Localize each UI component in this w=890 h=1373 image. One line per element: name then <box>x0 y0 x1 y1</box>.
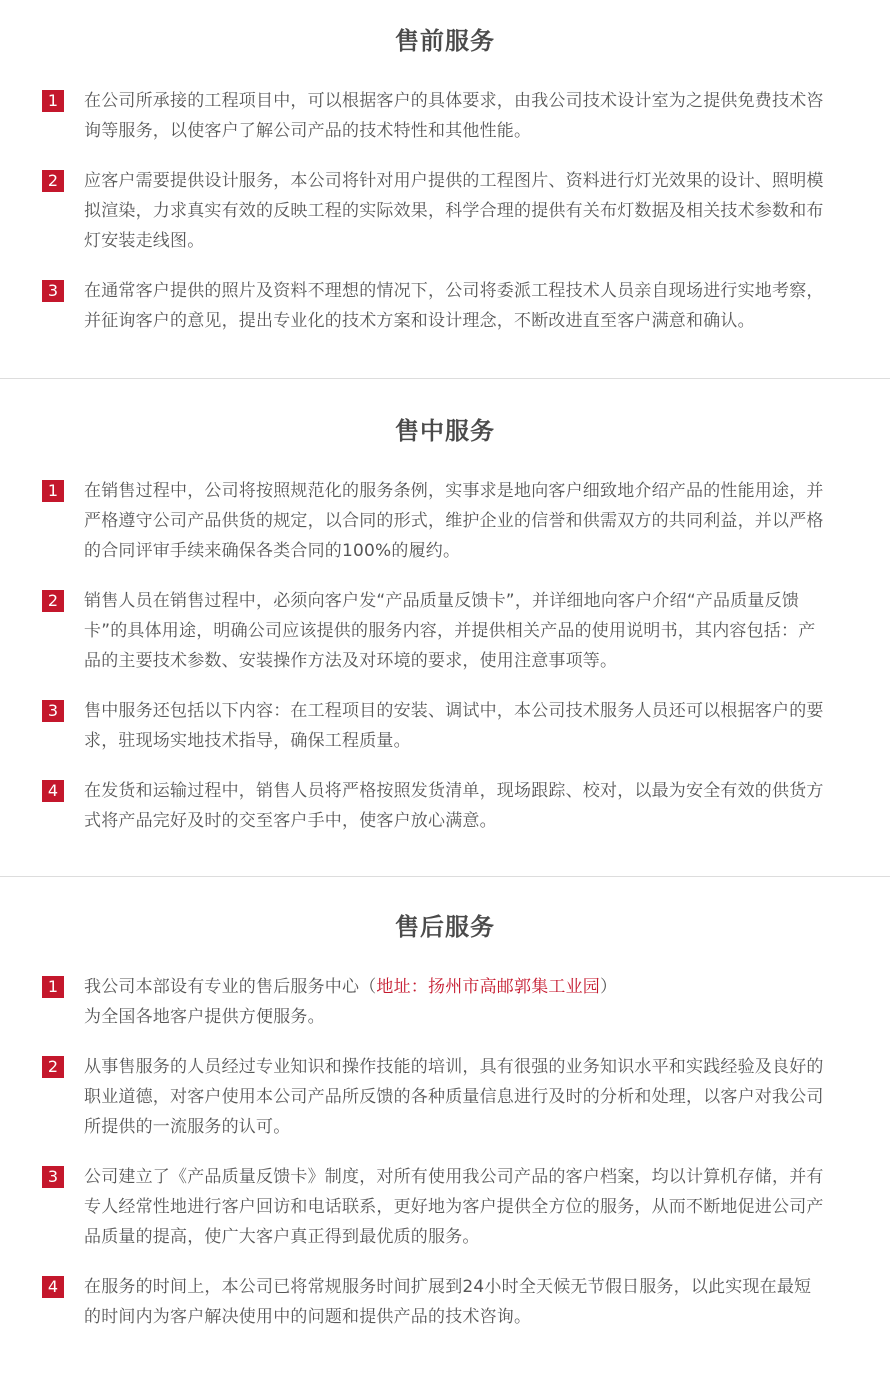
number-badge: 2 <box>42 590 64 612</box>
number-badge: 1 <box>42 976 64 998</box>
number-badge: 4 <box>42 1276 64 1298</box>
item-text: 从事售服务的人员经过专业知识和操作技能的培训，具有很强的业务知识水平和实践经验及… <box>84 1052 828 1142</box>
item-text: 在销售过程中，公司将按照规范化的服务条例，实事求是地向客户细致地介绍产品的性能用… <box>84 476 828 566</box>
list-item: 4 在发货和运输过程中，销售人员将严格按照发货清单，现场跟踪、校对，以最为安全有… <box>0 776 890 836</box>
item-text: 在服务的时间上，本公司已将常规服务时间扩展到24小时全天候无节假日服务，以此实现… <box>84 1272 828 1332</box>
number-badge: 4 <box>42 780 64 802</box>
number-badge: 2 <box>42 1056 64 1078</box>
number-badge: 2 <box>42 170 64 192</box>
item-text-line2: 为全国各地客户提供方便服务。 <box>84 1007 325 1027</box>
list-item: 2 销售人员在销售过程中，必须向客户发“产品质量反馈卡”，并详细地向客户介绍“产… <box>0 586 890 676</box>
item-text: 销售人员在销售过程中，必须向客户发“产品质量反馈卡”，并详细地向客户介绍“产品质… <box>84 586 828 676</box>
list-item: 1 在销售过程中，公司将按照规范化的服务条例，实事求是地向客户细致地介绍产品的性… <box>0 476 890 566</box>
item-text: 应客户需要提供设计服务，本公司将针对用户提供的工程图片、资料进行灯光效果的设计、… <box>84 166 828 256</box>
list-item: 4 在服务的时间上，本公司已将常规服务时间扩展到24小时全天候无节假日服务，以此… <box>0 1272 890 1332</box>
list-item: 3 在通常客户提供的照片及资料不理想的情况下，公司将委派工程技术人员亲自现场进行… <box>0 276 890 336</box>
number-badge: 3 <box>42 700 64 722</box>
list-item: 1 在公司所承接的工程项目中，可以根据客户的具体要求，由我公司技术设计室为之提供… <box>0 86 890 146</box>
list-item: 2 应客户需要提供设计服务，本公司将针对用户提供的工程图片、资料进行灯光效果的设… <box>0 166 890 256</box>
item-text: 在通常客户提供的照片及资料不理想的情况下，公司将委派工程技术人员亲自现场进行实地… <box>84 276 828 336</box>
number-badge: 1 <box>42 480 64 502</box>
list-item: 3 公司建立了《产品质量反馈卡》制度，对所有使用我公司产品的客户档案，均以计算机… <box>0 1162 890 1252</box>
list-item: 3 售中服务还包括以下内容：在工程项目的安装、调试中，本公司技术服务人员还可以根… <box>0 696 890 756</box>
number-badge: 3 <box>42 280 64 302</box>
item-text: 我公司本部设有专业的售后服务中心（地址：扬州市高邮郭集工业园） 为全国各地客户提… <box>84 972 828 1032</box>
section-divider <box>0 876 890 877</box>
list-item: 2 从事售服务的人员经过专业知识和操作技能的培训，具有很强的业务知识水平和实践经… <box>0 1052 890 1142</box>
item-text: 公司建立了《产品质量反馈卡》制度，对所有使用我公司产品的客户档案，均以计算机存储… <box>84 1162 828 1252</box>
number-badge: 1 <box>42 90 64 112</box>
item-text: 在公司所承接的工程项目中，可以根据客户的具体要求，由我公司技术设计室为之提供免费… <box>84 86 828 146</box>
number-badge: 3 <box>42 1166 64 1188</box>
section-divider <box>0 378 890 379</box>
item-text: 在发货和运输过程中，销售人员将严格按照发货清单，现场跟踪、校对，以最为安全有效的… <box>84 776 828 836</box>
item-text: 售中服务还包括以下内容：在工程项目的安装、调试中，本公司技术服务人员还可以根据客… <box>84 696 828 756</box>
section-title: 售中服务 <box>0 416 890 446</box>
item-text-after: ） <box>600 977 617 997</box>
list-item: 1 我公司本部设有专业的售后服务中心（地址：扬州市高邮郭集工业园） 为全国各地客… <box>0 972 890 1032</box>
item-text-before: 我公司本部设有专业的售后服务中心（ <box>84 977 376 997</box>
address-highlight: 地址：扬州市高邮郭集工业园 <box>376 977 600 997</box>
section-title: 售前服务 <box>0 26 890 56</box>
section-title: 售后服务 <box>0 912 890 942</box>
